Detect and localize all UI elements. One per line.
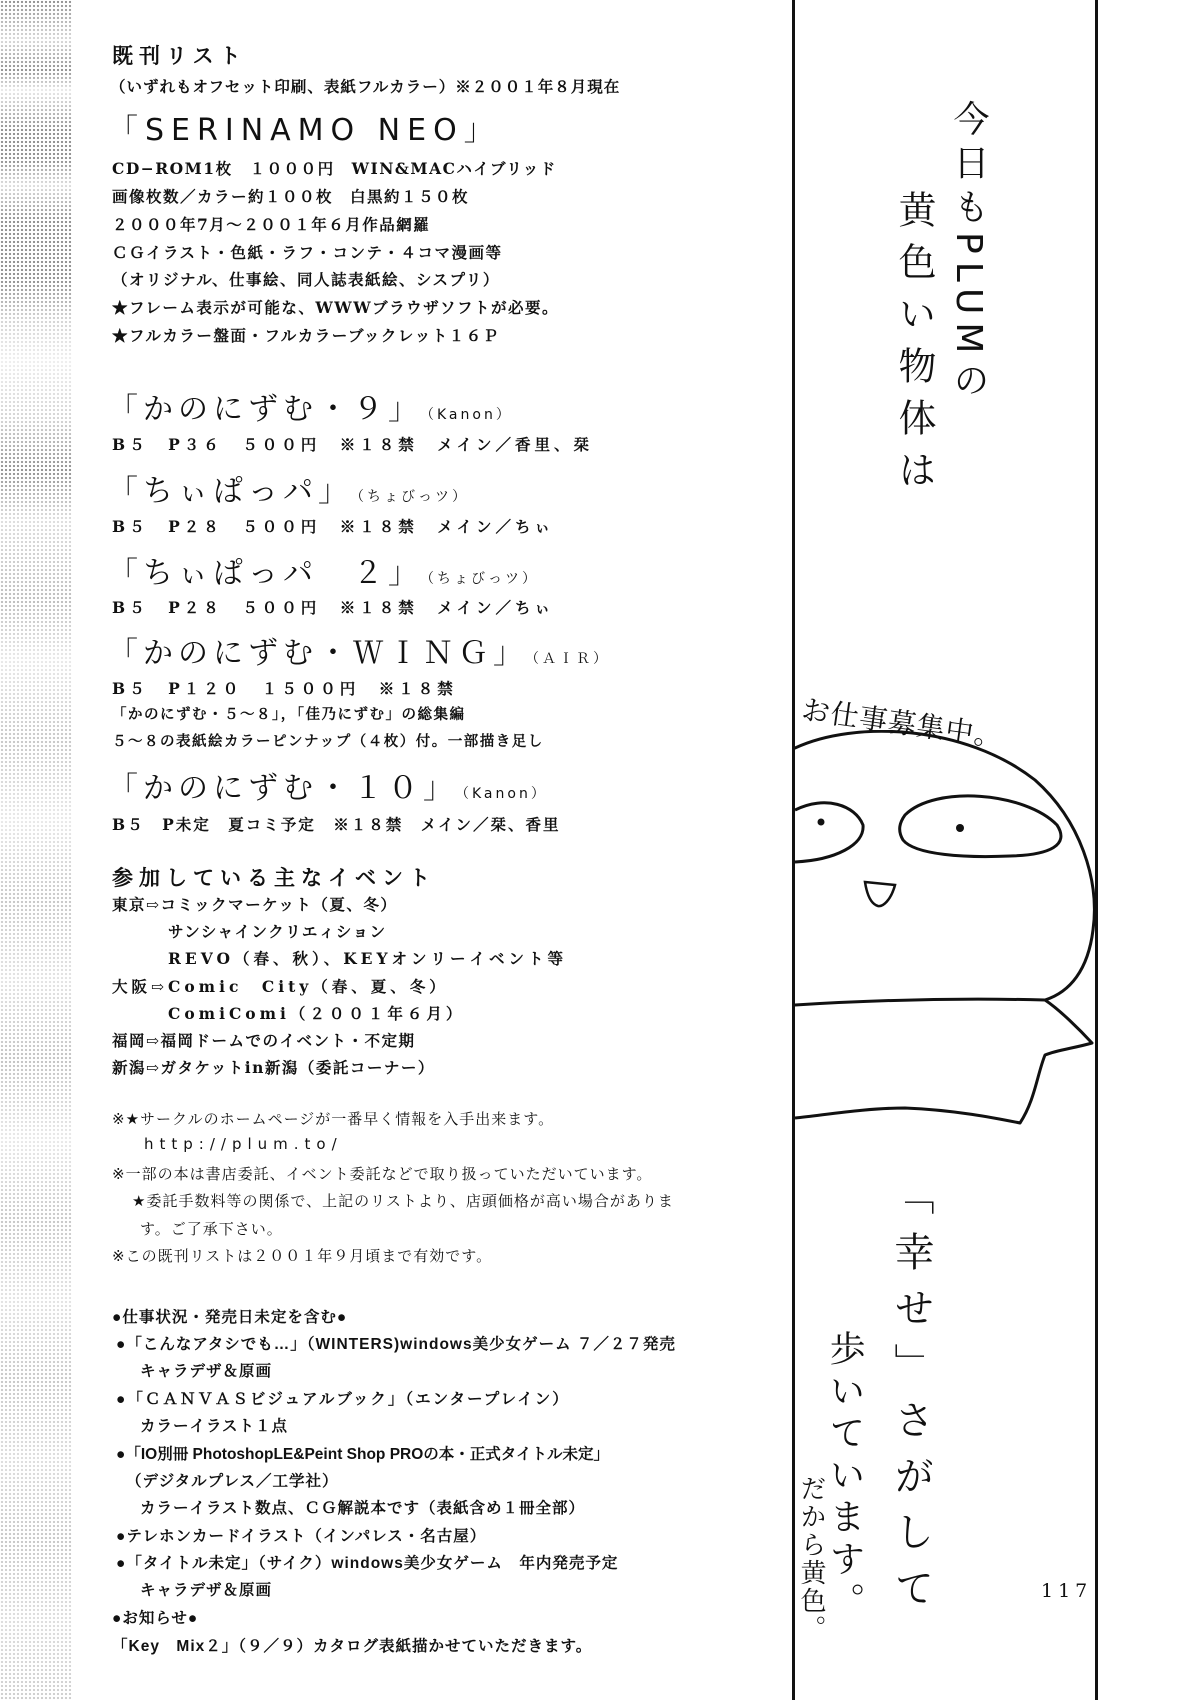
work-status-heading: ●仕事状況・発売日未定を含む● — [112, 1305, 347, 1327]
illustration-panel: 今日もPLUMの 黄色い物体は お仕事募集中。 「幸せ」さがして 歩いています。… — [792, 0, 1098, 1700]
catalog-subheading: （いずれもオフセット印刷、表紙フルカラー）※２００１年８月現在 — [110, 75, 620, 97]
item-heading: 「ちぃぱっパ ２」（ちょびっツ） — [108, 548, 539, 592]
handwritten-text: だから黄色。 — [793, 1475, 830, 1643]
work-line: キャラデザ＆原画 — [140, 1578, 272, 1600]
item-title: 「かのにずむ・ＷＩＮＧ」 — [108, 636, 528, 671]
item-detail: ＣＧイラスト・色紙・ラフ・コンテ・４コマ漫画等 — [112, 241, 503, 263]
work-line: カラーイラスト１点 — [140, 1414, 288, 1436]
handwritten-text: 黄色い物体は — [887, 190, 942, 502]
handwritten-text: 「幸せ」さがして — [883, 1175, 940, 1623]
homepage-link[interactable]: http://plum.to/ — [144, 1135, 343, 1153]
event-line: REVO（春、秋）、KEYオンリーイベント等 — [168, 947, 567, 969]
item-note: （ＡＩＲ） — [532, 651, 610, 667]
note-line: す。ご了承下さい。 — [140, 1218, 283, 1239]
item-title: 「かのにずむ・９」 — [108, 392, 423, 427]
work-line: ●「ＣＡＮＶＡＳビジュアルブック」（エンタープレイン） — [116, 1387, 570, 1409]
note-line: ※一部の本は書店委託、イベント委託などで取り扱っていただいています。 — [112, 1163, 652, 1184]
item-detail: 画像枚数／カラー約１００枚 白黒約１５０枚 — [112, 185, 469, 207]
yellow-blob-mascot-illustration — [795, 730, 1101, 1170]
item-title: 「ちぃぱっパ」 — [108, 474, 353, 509]
announcement-heading: ●お知らせ● — [112, 1606, 198, 1628]
work-line: ●「IO別冊 PhotoshopLE&Peint Shop PROの本・正式タイ… — [116, 1442, 609, 1464]
item-detail: CD−ROM1枚 １０００円 WIN&MACハイブリッド — [112, 157, 557, 179]
work-line: （デジタルプレス／工学社） — [126, 1469, 339, 1491]
item-detail: B５ P２８ ５００円 ※１８禁 メイン／ちぃ — [112, 515, 554, 537]
work-line: ●「タイトル未定」（サイク）windows美少女ゲーム 年内発売予定 — [116, 1551, 618, 1573]
event-line: サンシャインクリエィション — [168, 920, 387, 942]
work-line: ●テレホンカードイラスト（インパレス・名古屋） — [116, 1524, 486, 1546]
handwritten-text: 今日もPLUMの — [943, 100, 994, 405]
item-title: 「かのにずむ・１０」 — [108, 771, 458, 806]
event-line: 新潟⇨ガタケットin新潟（委託コーナー） — [112, 1056, 435, 1078]
item-detail: B５ P２８ ５００円 ※１８禁 メイン／ちぃ — [112, 596, 554, 618]
item-detail: （オリジナル、仕事絵、同人誌表紙絵、シスプリ） — [112, 268, 500, 290]
item-heading: 「かのにずむ・１０」（Kanon） — [108, 763, 548, 807]
item-detail: ★フレーム表示が可能な、WWWブラウザソフトが必要。 — [112, 296, 559, 318]
announcement-text: 「Key Mix２」（９／９）カタログ表紙描かせていただきます。 — [112, 1634, 592, 1656]
item-detail: ★フルカラー盤面・フルカラーブックレット１６Ｐ — [112, 324, 500, 346]
event-line: 福岡⇨福岡ドームでのイベント・不定期 — [112, 1029, 416, 1051]
work-line: キャラデザ＆原画 — [140, 1359, 272, 1381]
item-note: （Kanon） — [427, 407, 513, 423]
note-line: ※★サークルのホームページが一番早く情報を入手出来ます。 — [112, 1108, 554, 1129]
item-detail: B５ P未定 夏コミ予定 ※１８禁 メイン／栞、香里 — [112, 813, 560, 835]
item-note: （ちょびっツ） — [427, 571, 539, 587]
item-note: （Kanon） — [462, 786, 548, 802]
work-line: カラーイラスト数点、ＣＧ解説本です（表紙含め１冊全部） — [140, 1496, 585, 1518]
events-heading: 参加している主なイベント — [112, 862, 436, 892]
event-line: ComiComi（２００１年６月） — [168, 1002, 465, 1024]
item-detail: 「かのにずむ・５〜８」，「佳乃にずむ」の総集編 — [112, 703, 466, 724]
item-detail: B５ P１２０ １５００円 ※１８禁 — [112, 677, 457, 699]
item-note: （ちょびっツ） — [357, 489, 469, 505]
item-detail: ２０００年7月〜２００１年６月作品網羅 — [112, 213, 430, 235]
work-line: ●「こんなアタシでも…」（WINTERS)windows美少女ゲーム ７／２７発… — [116, 1332, 676, 1354]
note-line: ★委託手数料等の関係で、上記のリストより、店頭価格が高い場合がありま — [132, 1190, 674, 1211]
note-line: ※この既刊リストは２００１年９月頃まで有効です。 — [112, 1245, 492, 1266]
page-number: 117 — [1041, 1580, 1092, 1602]
item-title: 「SERINAMO NEO」 — [108, 105, 501, 149]
event-line: 東京⇨コミックマーケット（夏、冬） — [112, 893, 397, 915]
screentone-strip — [0, 0, 72, 1700]
item-detail: ５〜８の表紙絵カラーピンナップ（４枚）付。一部描き足し — [112, 730, 544, 751]
event-line: 大阪⇨Comic City（春、夏、冬） — [112, 975, 449, 997]
catalog-heading: 既刊リスト — [112, 40, 247, 70]
item-heading: 「ちぃぱっパ」（ちょびっツ） — [108, 466, 469, 510]
item-heading: 「かのにずむ・９」（Kanon） — [108, 384, 513, 428]
item-detail: B５ P３６ ５００円 ※１８禁 メイン／香里、栞 — [112, 433, 593, 455]
item-title: 「ちぃぱっパ ２」 — [108, 556, 423, 591]
item-heading: 「かのにずむ・ＷＩＮＧ」（ＡＩＲ） — [108, 628, 610, 672]
